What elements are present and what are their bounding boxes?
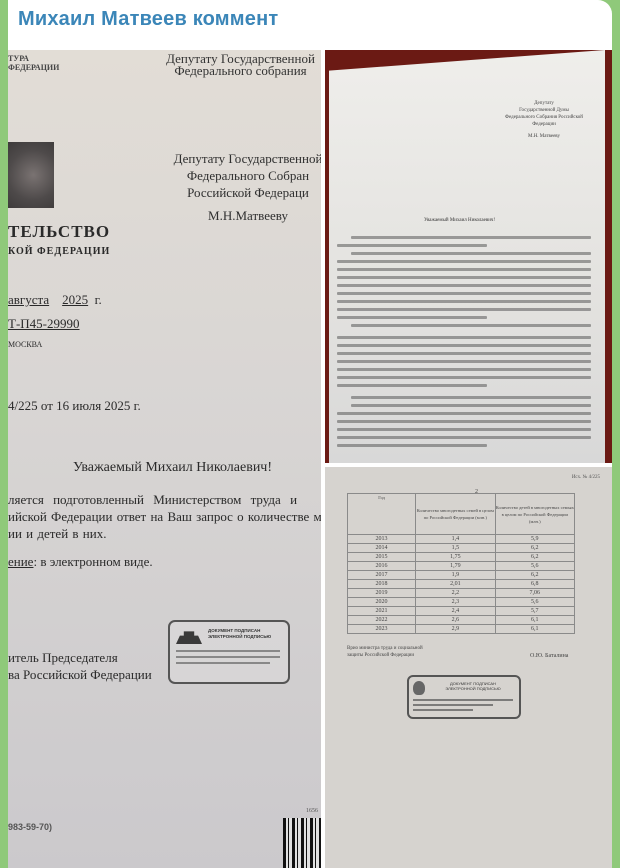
signer-line: ва Российской Федерации <box>8 667 152 683</box>
body-line: ляется подготовленный Министерством труд… <box>8 492 297 508</box>
text-line <box>337 276 591 279</box>
table-row: 20202,35,6 <box>348 598 575 607</box>
table-row: 20212,45,7 <box>348 607 575 616</box>
addressee-line: Депутату <box>479 100 609 107</box>
cell-year: 2019 <box>348 589 416 598</box>
addressee-line: Государственной Думы <box>479 107 609 114</box>
column-header-families: Количество многодетных семей в целом по … <box>416 494 495 535</box>
barcode <box>283 818 321 868</box>
table-row: 20232,96,1 <box>348 625 575 634</box>
signer-line: итель Председателя <box>8 650 118 666</box>
cell-year: 2020 <box>348 598 416 607</box>
text-line <box>337 308 591 311</box>
letter-page: Депутату Государственной Думы Федерально… <box>329 50 605 463</box>
cell-families: 2,9 <box>416 625 495 634</box>
text-line <box>351 236 591 239</box>
text-line <box>337 420 591 423</box>
cell-children: 6,2 <box>495 553 574 562</box>
addressee-line: Федерации <box>479 121 609 128</box>
stamp-heading-line: ЭЛЕКТРОННОЙ ПОДПИСЬЮ <box>433 686 513 691</box>
signer-name: О.Ю. Баталина <box>530 653 568 659</box>
page-mark: Исх. № 4/225 <box>572 475 600 480</box>
table-row: 20131,45,9 <box>348 535 575 544</box>
table-row: 20182,016,8 <box>348 580 575 589</box>
eagle-emblem-icon <box>413 681 425 695</box>
table-row: 20161,795,6 <box>348 562 575 571</box>
photo-statistics-table[interactable]: Исх. № 4/225 2 Год Количество многодетны… <box>325 467 612 868</box>
message-bubble: Михаил Матвеев коммент ТУРА ФЕДЕРАЦИИ Де… <box>8 0 612 868</box>
text-line <box>337 316 487 319</box>
attachment-label: ение <box>8 554 33 569</box>
incoming-reference: 4/225 от 16 июля 2025 г. <box>8 398 141 414</box>
table-row: 20222,66,1 <box>348 616 575 625</box>
text-line <box>337 352 591 355</box>
cell-families: 2,2 <box>416 589 495 598</box>
salutation: Уважаемый Михаил Николаевич! <box>424 218 495 223</box>
photo-government-letter[interactable]: ТУРА ФЕДЕРАЦИИ Депутату Государственной … <box>8 50 321 868</box>
government-subtitle: КОЙ ФЕДЕРАЦИИ <box>8 246 110 257</box>
addressee-line: Федерального Собран <box>168 167 321 184</box>
text-line <box>337 384 487 387</box>
stamp-details <box>176 650 280 668</box>
cell-families: 2,6 <box>416 616 495 625</box>
stamp-heading: ДОКУМЕНТ ПОДПИСАН ЭЛЕКТРОННОЙ ПОДПИСЬЮ <box>433 681 513 691</box>
cell-children: 7,06 <box>495 589 574 598</box>
stamp-details <box>413 699 513 714</box>
text-line <box>337 360 591 363</box>
phone-number: 983-59-70) <box>8 822 52 832</box>
addressee-block: Депутату Государственной Федерального Со… <box>168 150 321 224</box>
cell-families: 2,3 <box>416 598 495 607</box>
text-line <box>337 376 591 379</box>
signer-title-line: Врио министра труда и социальной <box>347 645 457 652</box>
addressee-line: Депутату Государственной <box>168 150 321 167</box>
cell-children: 6,8 <box>495 580 574 589</box>
cell-year: 2018 <box>348 580 416 589</box>
cell-children: 5,6 <box>495 562 574 571</box>
cell-year: 2023 <box>348 625 416 634</box>
date-suffix: г. <box>95 292 102 307</box>
addressee-name: М.Н. Матвееву <box>479 133 609 140</box>
cell-children: 5,6 <box>495 598 574 607</box>
barcode-number: 1656 <box>306 808 318 814</box>
text-line <box>337 260 591 263</box>
cell-year: 2015 <box>348 553 416 562</box>
text-line <box>337 436 591 439</box>
photo-ministry-letter[interactable]: Депутату Государственной Думы Федерально… <box>325 50 612 463</box>
org-header-line-1: ТУРА <box>8 54 29 63</box>
date-month: августа <box>8 292 49 307</box>
cell-children: 5,9 <box>495 535 574 544</box>
cell-families: 1,5 <box>416 544 495 553</box>
addressee-block: Депутату Государственной Думы Федерально… <box>479 100 609 140</box>
letter-date: августа 2025 г. <box>8 292 102 308</box>
body-line: ии и детей в них. <box>8 526 106 542</box>
government-title: ТЕЛЬСТВО <box>8 222 110 242</box>
cell-children: 6,1 <box>495 625 574 634</box>
cell-children: 6,2 <box>495 571 574 580</box>
attachment-note: ение: в электронном виде. <box>8 554 153 570</box>
letter-page: ТУРА ФЕДЕРАЦИИ Депутату Государственной … <box>8 50 321 868</box>
text-line <box>337 336 591 339</box>
body-line: ийской Федерации ответ на Ваш запрос о к… <box>8 509 321 525</box>
electronic-signature-stamp: ДОКУМЕНТ ПОДПИСАН ЭЛЕКТРОННОЙ ПОДПИСЬЮ <box>168 620 290 684</box>
text-line <box>337 444 487 447</box>
addressee-line: Российской Федераци <box>168 184 321 201</box>
text-line <box>351 324 591 327</box>
text-line <box>337 412 591 415</box>
text-line <box>337 344 591 347</box>
cell-year: 2014 <box>348 544 416 553</box>
text-line <box>337 284 591 287</box>
coat-of-arms-emblem <box>8 142 54 208</box>
table-row: 20192,27,06 <box>348 589 575 598</box>
text-line <box>351 396 591 399</box>
cell-families: 2,01 <box>416 580 495 589</box>
text-line <box>337 368 591 371</box>
text-line <box>337 292 591 295</box>
stamp-heading-line: ЭЛЕКТРОННОЙ ПОДПИСЬЮ <box>208 634 284 640</box>
table-row: 20171,96,2 <box>348 571 575 580</box>
city: МОСКВА <box>8 340 42 349</box>
text-line <box>337 428 591 431</box>
cell-families: 1,75 <box>416 553 495 562</box>
cell-year: 2021 <box>348 607 416 616</box>
stamp-heading: ДОКУМЕНТ ПОДПИСАН ЭЛЕКТРОННОЙ ПОДПИСЬЮ <box>208 628 284 640</box>
sender-name[interactable]: Михаил Матвеев коммент <box>18 8 278 31</box>
attachment-text: : в электронном виде. <box>33 554 152 569</box>
table-row: 20141,56,2 <box>348 544 575 553</box>
signer-title-line: защиты Российской Федерации <box>347 652 457 659</box>
table-row: 20151,756,2 <box>348 553 575 562</box>
cell-families: 1,79 <box>416 562 495 571</box>
cell-families: 1,4 <box>416 535 495 544</box>
building-icon <box>176 630 202 644</box>
cell-year: 2016 <box>348 562 416 571</box>
salutation: Уважаемый Михаил Николаевич! <box>73 460 272 476</box>
cell-year: 2017 <box>348 571 416 580</box>
org-header-line-2: ФЕДЕРАЦИИ <box>8 63 59 72</box>
column-header-year: Год <box>348 494 416 535</box>
reference-number: Т-П45-29990 <box>8 316 80 332</box>
text-line <box>337 300 591 303</box>
column-header-children: Количество детей в многодетных семьях в … <box>495 494 574 535</box>
text-line <box>351 252 591 255</box>
cell-families: 1,9 <box>416 571 495 580</box>
text-line <box>351 404 591 407</box>
cell-year: 2013 <box>348 535 416 544</box>
statistics-table: Год Количество многодетных семей в целом… <box>347 493 575 634</box>
addressee-line: Федерального Собрания Российской <box>479 114 609 121</box>
cell-families: 2,4 <box>416 607 495 616</box>
cell-year: 2022 <box>348 616 416 625</box>
cell-children: 6,1 <box>495 616 574 625</box>
signer-title: Врио министра труда и социальной защиты … <box>347 645 457 659</box>
top-addressee-2: Федерального собрания <box>158 64 321 77</box>
electronic-signature-stamp: ДОКУМЕНТ ПОДПИСАН ЭЛЕКТРОННОЙ ПОДПИСЬЮ <box>407 675 521 719</box>
text-line <box>337 244 487 247</box>
cell-children: 5,7 <box>495 607 574 616</box>
cell-children: 6,2 <box>495 544 574 553</box>
date-year: 2025 <box>62 292 88 307</box>
addressee-name: М.Н.Матвееву <box>168 207 321 224</box>
text-line <box>337 268 591 271</box>
